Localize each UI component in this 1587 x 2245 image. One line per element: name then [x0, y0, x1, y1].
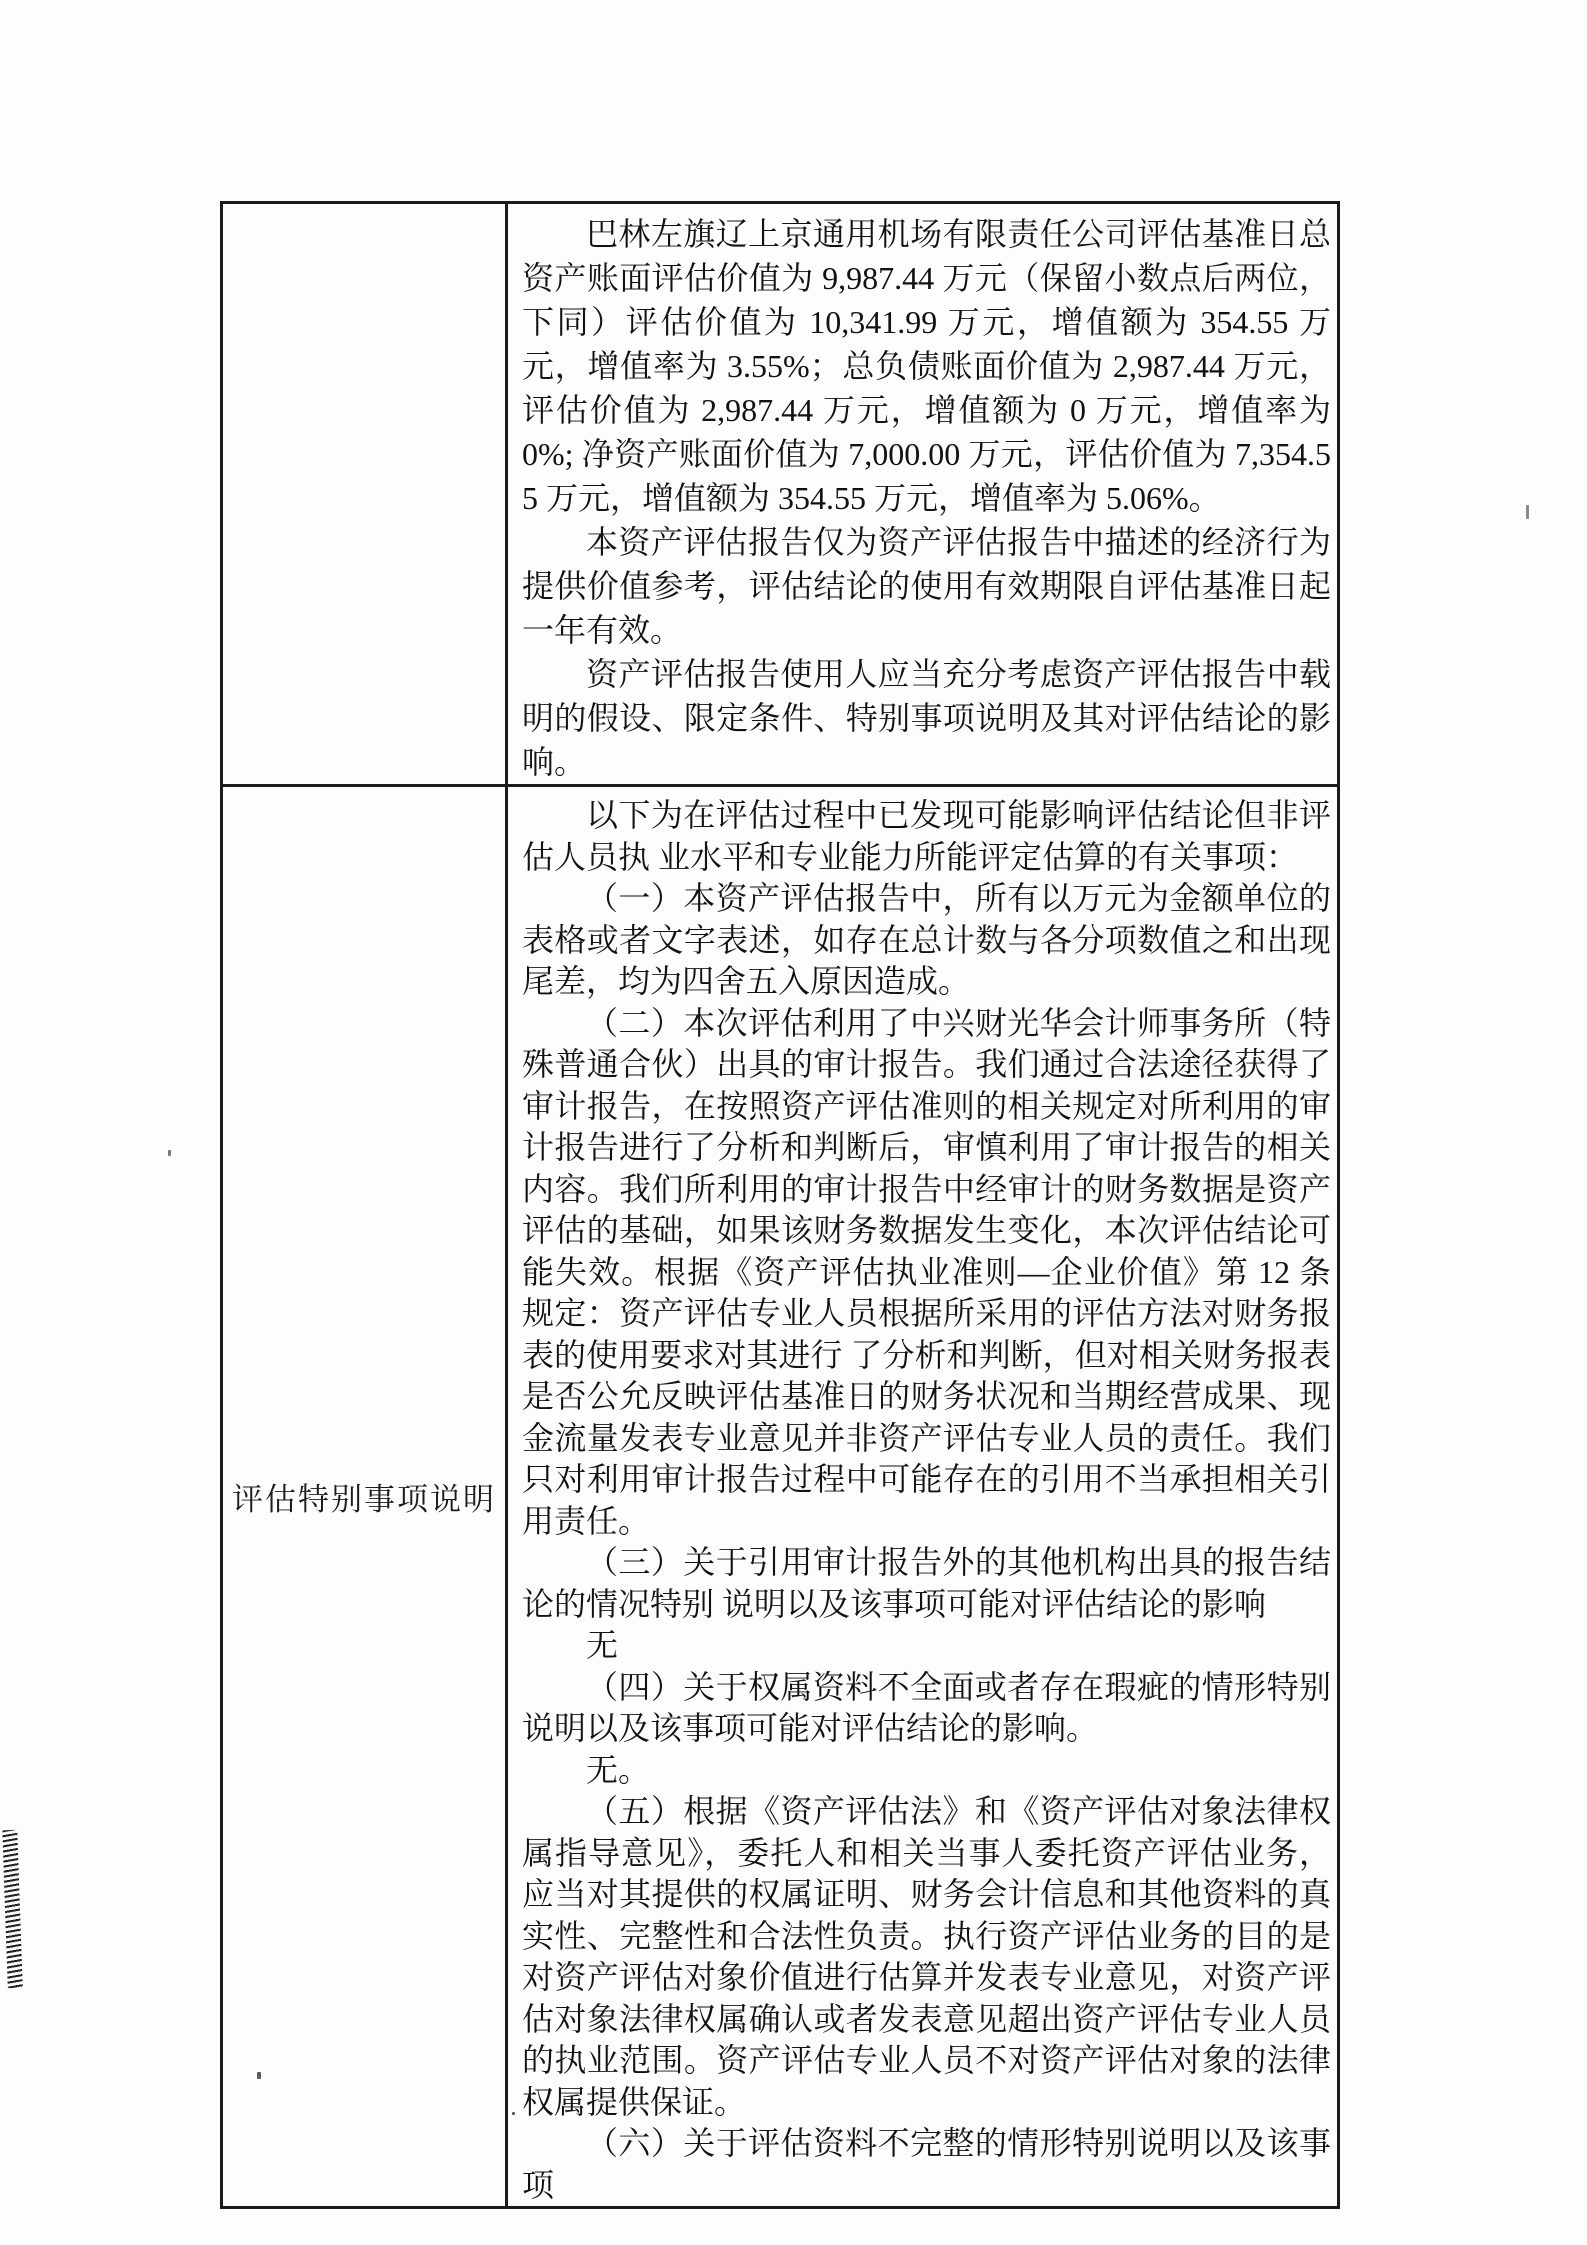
scanned-report-page: 巴林左旗辽上京通用机场有限责任公司评估基准日总资产账面评估价值为 9,987.4… — [0, 0, 1587, 2245]
paragraph: （六）关于评估资料不完整的情形特别说明以及该事项 — [522, 2123, 1331, 2206]
paragraph: （三）关于引用审计报告外的其他机构出具的报告结论的情况特别 说明以及该事项可能对… — [522, 1542, 1331, 1625]
paragraph: 资产评估报告使用人应当充分考虑资产评估报告中载明的假设、限定条件、特别事项说明及… — [522, 652, 1331, 784]
assessment-report-table: 巴林左旗辽上京通用机场有限责任公司评估基准日总资产账面评估价值为 9,987.4… — [220, 201, 1340, 2209]
paragraph: 本资产评估报告仅为资产评估报告中描述的经济行为提供价值参考，评估结论的使用有效期… — [522, 520, 1331, 652]
table-row-valuation-conclusion: 巴林左旗辽上京通用机场有限责任公司评估基准日总资产账面评估价值为 9,987.4… — [222, 203, 1339, 786]
paragraph: 巴林左旗辽上京通用机场有限责任公司评估基准日总资产账面评估价值为 9,987.4… — [522, 212, 1331, 520]
row-label-cell-special-matters: 评估特别事项说明 — [222, 786, 507, 2208]
paragraph: 无。 — [522, 1750, 1331, 1792]
row-label-cell-empty — [222, 203, 507, 786]
scan-speck — [512, 2112, 515, 2115]
scan-speck — [257, 2072, 261, 2079]
valuation-conclusion-text-cell: 巴林左旗辽上京通用机场有限责任公司评估基准日总资产账面评估价值为 9,987.4… — [507, 203, 1339, 786]
special-matters-text-cell: 以下为在评估过程中已发现可能影响评估结论但非评估人员执 业水平和专业能力所能评定… — [507, 786, 1339, 2208]
paragraph: （五）根据《资产评估法》和《资产评估对象法律权属指导意见》，委托人和相关当事人委… — [522, 1791, 1331, 2123]
paragraph: 以下为在评估过程中已发现可能影响评估结论但非评估人员执 业水平和专业能力所能评定… — [522, 795, 1331, 878]
paragraph: （四）关于权属资料不全面或者存在瑕疵的情形特别说明以及该事项可能对评估结论的影响… — [522, 1667, 1331, 1750]
paragraph: 无 — [522, 1625, 1331, 1667]
table-row-special-matters: 评估特别事项说明 以下为在评估过程中已发现可能影响评估结论但非评估人员执 业水平… — [222, 786, 1339, 2208]
row-label-special-matters: 评估特别事项说明 — [232, 1482, 496, 1517]
scan-artifact-smudge — [2, 1830, 23, 1988]
scan-speck — [168, 1150, 171, 1156]
paragraph: （二）本次评估利用了中兴财光华会计师事务所（特殊普通合伙）出具的审计报告。我们通… — [522, 1003, 1331, 1543]
paragraph: （一）本资产评估报告中，所有以万元为金额单位的表格或者文字表述，如存在总计数与各… — [522, 878, 1331, 1003]
scan-speck — [1526, 505, 1529, 519]
